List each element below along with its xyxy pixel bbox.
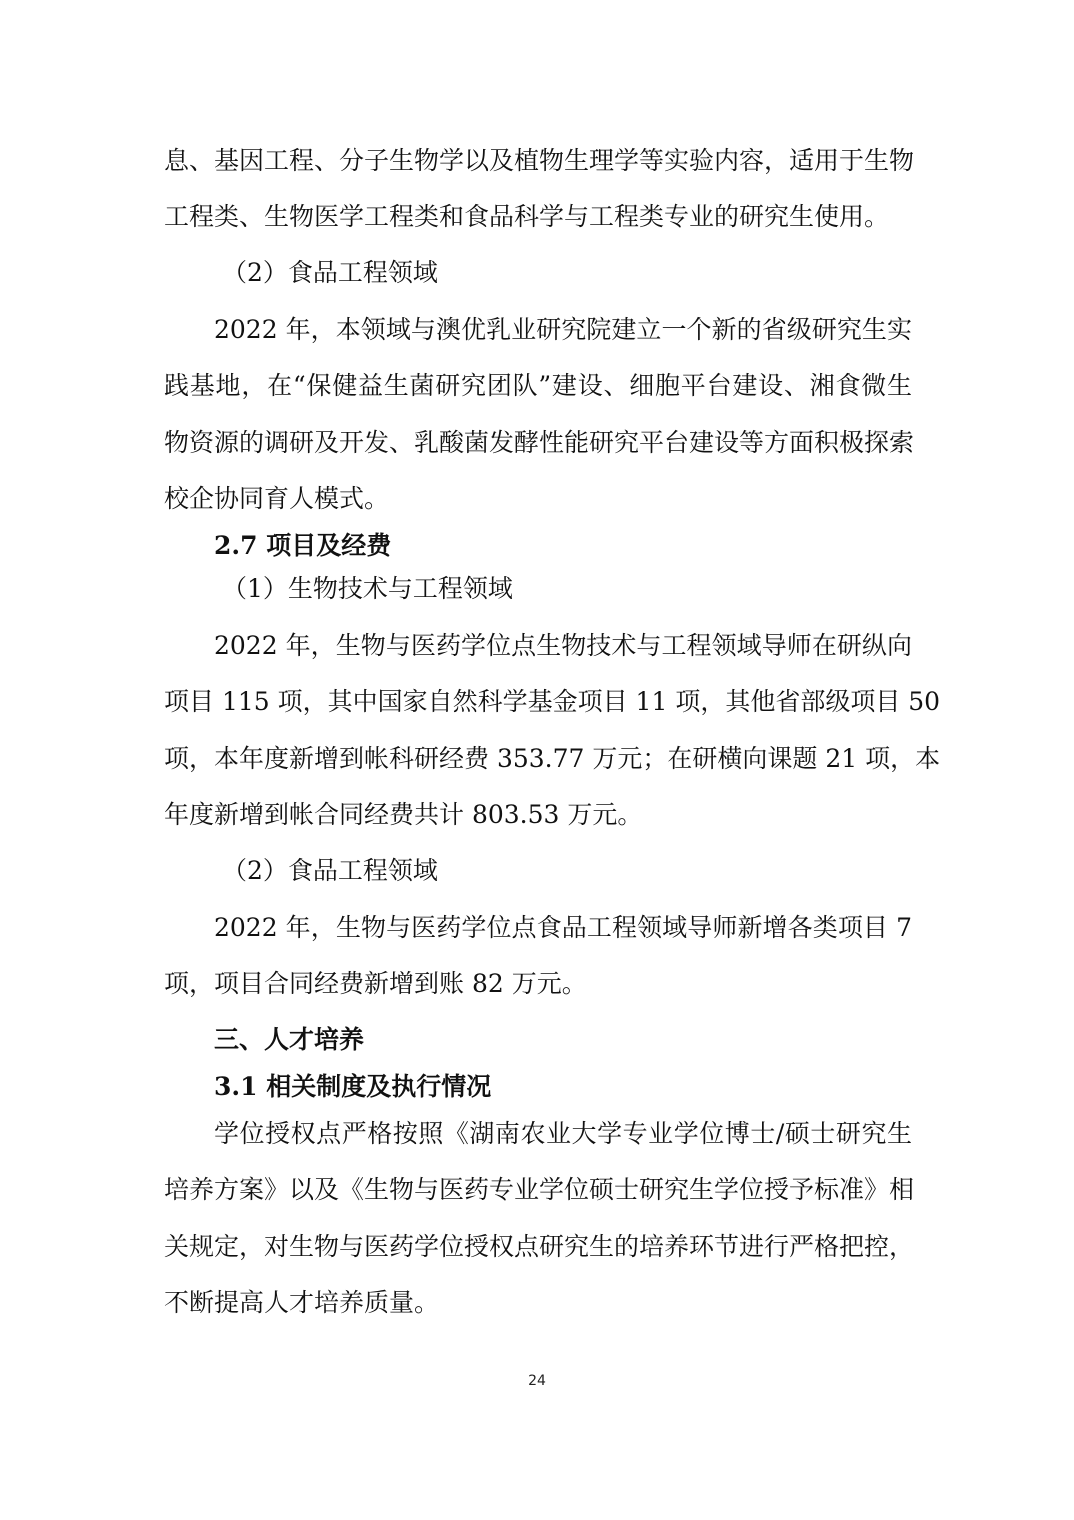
paragraph-line: 工程类、生物医学工程类和食品科学与工程类专业的研究生使用。 bbox=[164, 201, 912, 233]
chapter-heading-talent-training: 三、人才培养 bbox=[214, 1024, 962, 1056]
paragraph-line: 2022 年，生物与医药学位点食品工程领域导师新增各类项目 7 bbox=[214, 912, 912, 944]
paragraph-line: 项，本年度新增到帐科研经费 353.77 万元；在研横向课题 21 项，本 bbox=[164, 743, 912, 775]
paragraph-line: 年度新增到帐合同经费共计 803.53 万元。 bbox=[164, 799, 912, 831]
paragraph-line: 息、基因工程、分子生物学以及植物生理学等实验内容，适用于生物 bbox=[164, 145, 912, 177]
section-heading-projects-funding: 2.7 项目及经费 bbox=[214, 530, 962, 562]
paragraph-line: 学位授权点严格按照《湖南农业大学专业学位博士/硕士研究生 bbox=[214, 1118, 912, 1150]
paragraph-line: 项，项目合同经费新增到账 82 万元。 bbox=[164, 968, 912, 1000]
page-number: 24 bbox=[0, 1373, 1074, 1389]
paragraph-line: 2022 年，本领域与澳优乳业研究院建立一个新的省级研究生实 bbox=[214, 314, 912, 346]
document-page: 息、基因工程、分子生物学以及植物生理学等实验内容，适用于生物 工程类、生物医学工… bbox=[0, 0, 1074, 1520]
paragraph-line: 践基地，在“保健益生菌研究团队”建设、细胞平台建设、湘食微生 bbox=[164, 370, 912, 402]
paragraph-line: 项目 115 项，其中国家自然科学基金项目 11 项，其他省部级项目 50 bbox=[164, 686, 912, 718]
paragraph-line: 2022 年，生物与医药学位点生物技术与工程领域导师在研纵向 bbox=[214, 630, 912, 662]
subsection-heading-food-engineering: （2）食品工程领域 bbox=[222, 257, 912, 289]
paragraph-line: 物资源的调研及开发、乳酸菌发酵性能研究平台建设等方面积极探索 bbox=[164, 427, 912, 459]
subsection-heading-food-engineering-2: （2）食品工程领域 bbox=[222, 855, 912, 887]
paragraph-line: 校企协同育人模式。 bbox=[164, 483, 912, 515]
paragraph-line: 不断提高人才培养质量。 bbox=[164, 1287, 912, 1319]
paragraph-line: 培养方案》以及《生物与医药专业学位硕士研究生学位授予标准》相 bbox=[164, 1174, 912, 1206]
subsection-heading-biotech: （1）生物技术与工程领域 bbox=[222, 573, 912, 605]
section-heading-regulations: 3.1 相关制度及执行情况 bbox=[214, 1071, 962, 1103]
paragraph-line: 关规定，对生物与医药学位授权点研究生的培养环节进行严格把控， bbox=[164, 1231, 912, 1263]
